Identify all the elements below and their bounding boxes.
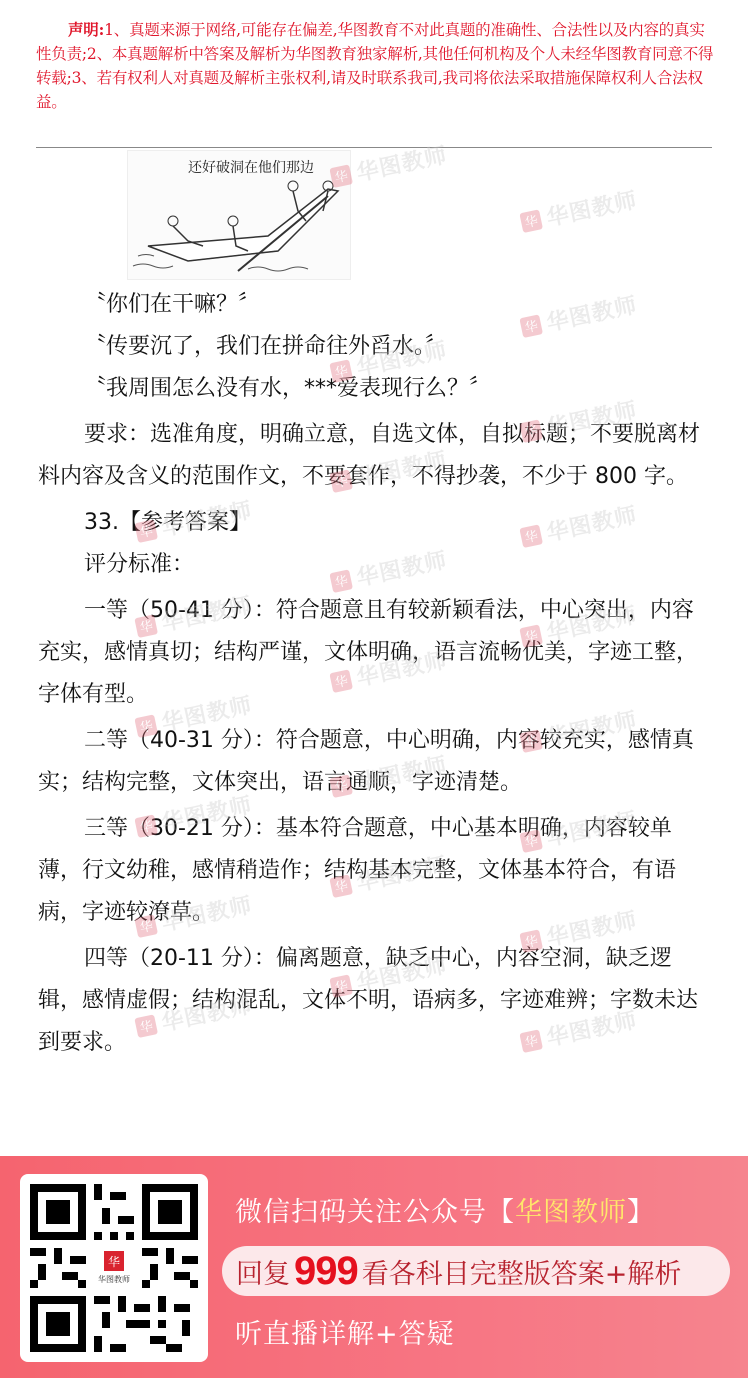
follow-suffix: 】 [627, 1197, 655, 1228]
disclaimer-label: 声明: [68, 20, 104, 39]
watermark-logo-icon: 华 [519, 209, 543, 233]
qr-logo: 华 华图教师 [88, 1242, 140, 1294]
grade-2: 二等（40-31 分）：符合题意，中心明确，内容较充实，感情真实；结构完整，文体… [38, 720, 714, 804]
watermark-text: 华图教师 [543, 183, 639, 232]
grade-4: 四等（20-11 分）：偏离题意，缺乏中心，内容空洞，缺乏逻辑，感情虚假；结构混… [38, 938, 714, 1064]
answer-heading: 33.【参考答案】 [38, 502, 714, 544]
watermark-text: 华图教师 [353, 138, 449, 187]
live-text: 听直播详解+答疑 [235, 1312, 455, 1351]
follow-text: 微信扫码关注公众号【华图教师】 [235, 1190, 655, 1229]
criteria-heading: 评分标准： [38, 544, 714, 586]
divider [36, 147, 712, 148]
dialogue-line: 〝传要沉了，我们在拼命往外舀水。〞 [38, 326, 714, 368]
brand-name: 华图教师 [515, 1197, 627, 1228]
reply-pill: 回复 999 看各科目完整版答案+解析 [222, 1246, 730, 1296]
cartoon-caption: 还好破洞在他们那边 [188, 157, 314, 177]
cartoon-image: 还好破洞在他们那边 [127, 150, 351, 280]
dialogue-line: 〝你们在干嘛？〞 [38, 284, 714, 326]
watermark: 华华图教师 [518, 183, 640, 238]
grade-1: 一等（50-41 分）：符合题意且有较新颖看法，中心突出，内容充实，感情真切；结… [38, 590, 714, 716]
dialogue-line: 〝我周围怎么没有水，***爱表现行么？〞 [38, 368, 714, 410]
reply-prefix: 回复 [236, 1252, 290, 1291]
disclaimer: 声明:1、真题来源于网络,可能存在偏差,华图教育不对此真题的准确性、合法性以及内… [36, 18, 714, 114]
requirement: 要求：选准角度，明确立意，自选文体，自拟标题；不要脱离材料内容及含义的范围作文，… [38, 414, 714, 498]
follow-prefix: 微信扫码关注公众号【 [235, 1197, 515, 1228]
qr-logo-text: 华图教师 [98, 1274, 130, 1285]
grade-3: 三等（30-21 分）：基本符合题意，中心基本明确，内容较单薄，行文幼稚，感情稍… [38, 808, 714, 934]
reply-suffix: 看各科目完整版答案+解析 [362, 1252, 682, 1291]
dialogue: 〝你们在干嘛？〞 〝传要沉了，我们在拼命往外舀水。〞 〝我周围怎么没有水，***… [38, 284, 714, 1064]
promo-banner: 华 华图教师 微信扫码关注公众号【华图教师】 回复 999 看各科目完整版答案+… [0, 1156, 748, 1378]
disclaimer-text: 1、真题来源于网络,可能存在偏差,华图教育不对此真题的准确性、合法性以及内容的真… [36, 21, 713, 111]
reply-number: 999 [294, 1249, 358, 1294]
brand-logo-icon: 华 [104, 1251, 124, 1271]
qr-code[interactable]: 华 华图教师 [20, 1174, 208, 1362]
